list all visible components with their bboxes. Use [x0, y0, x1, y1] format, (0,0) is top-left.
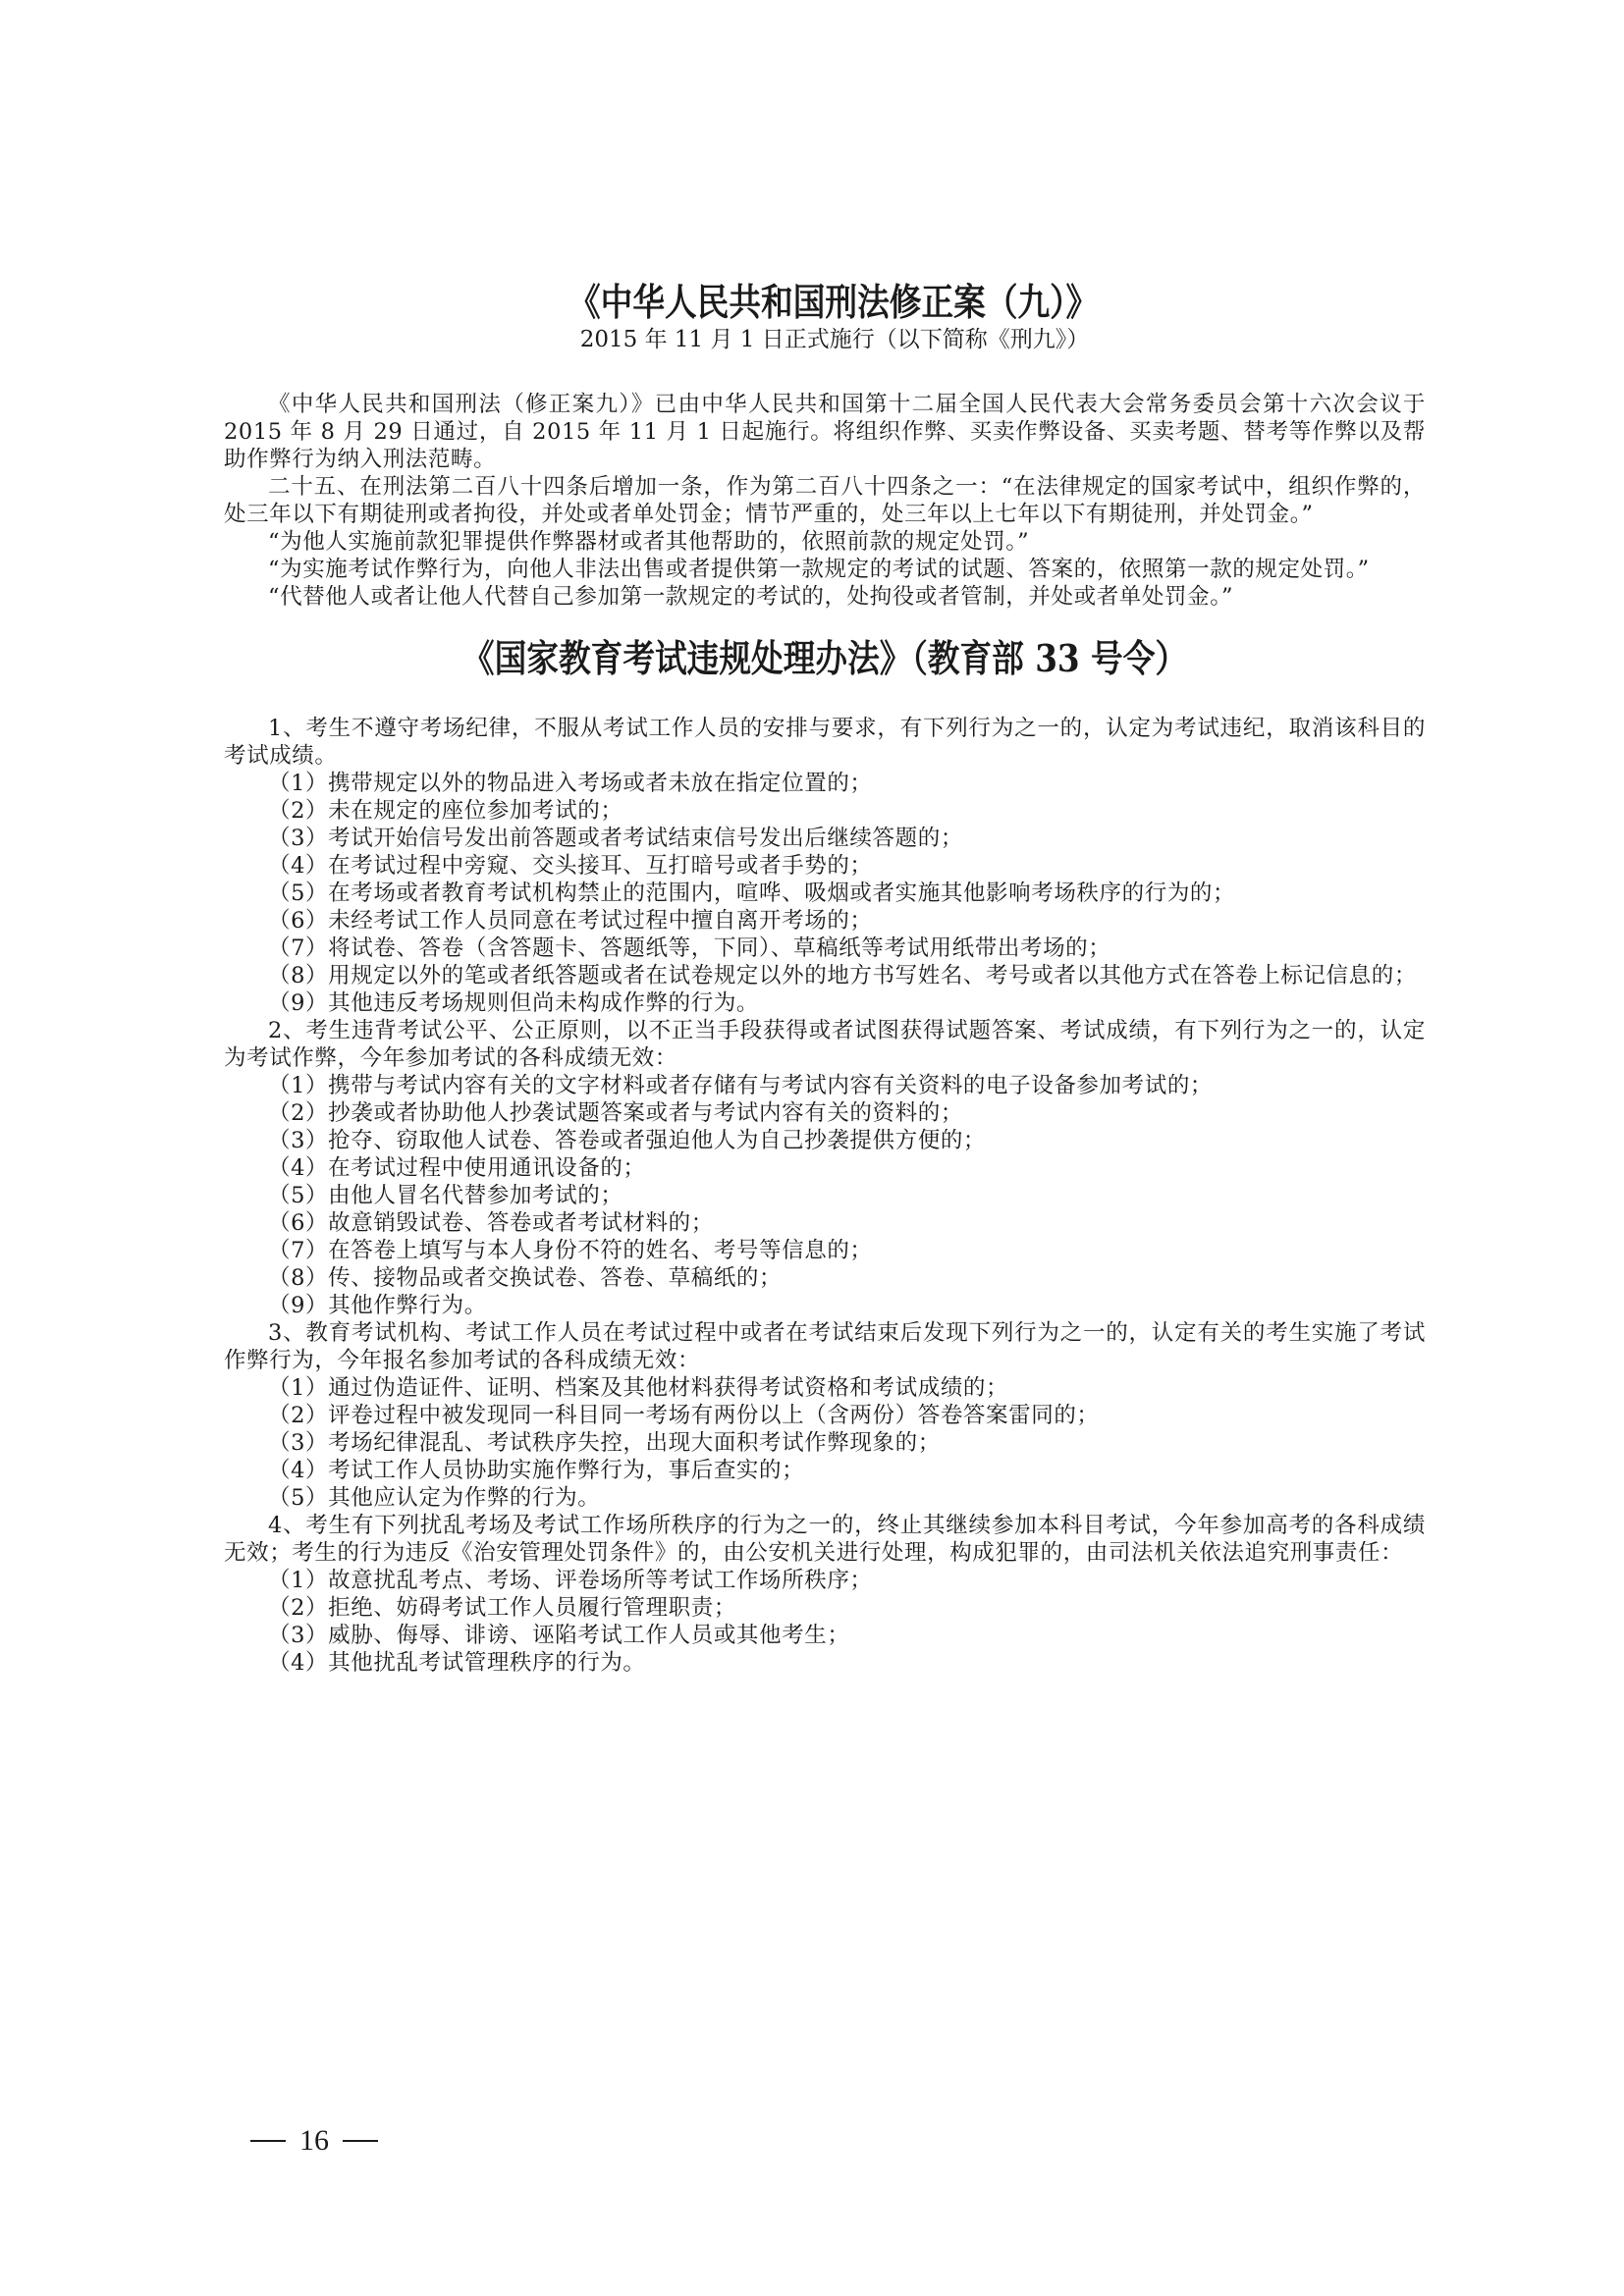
article-intro: 3、教育考试机构、考试工作人员在考试过程中或者在考试结束后发现下列行为之一的，认…	[224, 1319, 1426, 1374]
list-item: （3）考场纪律混乱、考试秩序失控，出现大面积考试作弊现象的；	[224, 1429, 1426, 1457]
list-item: （8）传、接物品或者交换试卷、答卷、草稿纸的；	[224, 1264, 1426, 1292]
paragraph: “代替他人或者让他人代替自己参加第一款规定的考试的，处拘役或者管制，并处或者单处…	[224, 583, 1426, 611]
article-intro: 4、考生有下列扰乱考场及考试工作场所秩序的行为之一的，终止其继续参加本科目考试，…	[224, 1512, 1426, 1567]
list-item: （2）评卷过程中被发现同一科目同一考场有两份以上（含两份）答卷答案雷同的；	[224, 1402, 1426, 1429]
list-item: （1）通过伪造证件、证明、档案及其他材料获得考试资格和考试成绩的；	[224, 1374, 1426, 1402]
list-item: （5）其他应认定为作弊的行为。	[224, 1484, 1426, 1512]
list-item: （7）在答卷上填写与本人身份不符的姓名、考号等信息的；	[224, 1237, 1426, 1264]
criminal-law-amendment-section: 《中华人民共和国刑法修正案（九）》 2015 年 11 月 1 日正式施行（以下…	[224, 280, 1426, 611]
article-intro: 2、考生违背考试公平、公正原则，以不正当手段获得或者试图获得试题答案、考试成绩，…	[224, 1017, 1426, 1072]
list-item: （1）故意扰乱考点、考场、评卷场所等考试工作场所秩序；	[224, 1567, 1426, 1594]
list-item: （4）其他扰乱考试管理秩序的行为。	[224, 1649, 1426, 1677]
list-item: （4）考试工作人员协助实施作弊行为，事后查实的；	[224, 1457, 1426, 1484]
paragraph: “为实施考试作弊行为，向他人非法出售或者提供第一款规定的考试的试题、答案的，依照…	[224, 556, 1426, 583]
list-item: （7）将试卷、答卷（含答题卡、答题纸等，下同）、草稿纸等考试用纸带出考场的；	[224, 934, 1426, 962]
article-1: 1、考生不遵守考场纪律，不服从考试工作人员的安排与要求，有下列行为之一的，认定为…	[224, 715, 1426, 1017]
section-title: 《国家教育考试违规处理办法》（教育部 33 号令）	[308, 636, 1342, 681]
list-item: （4）在考试过程中使用通讯设备的；	[224, 1154, 1426, 1182]
list-item: （5）由他人冒名代替参加考试的；	[224, 1182, 1426, 1209]
list-item: （6）故意销毁试卷、答卷或者考试材料的；	[224, 1209, 1426, 1237]
section-subtitle: 2015 年 11 月 1 日正式施行（以下简称《刑九》）	[224, 325, 1426, 354]
list-item: （2）抄袭或者协助他人抄袭试题答案或者与考试内容有关的资料的；	[224, 1099, 1426, 1127]
article-4: 4、考生有下列扰乱考场及考试工作场所秩序的行为之一的，终止其继续参加本科目考试，…	[224, 1512, 1426, 1677]
document-page: 《中华人民共和国刑法修正案（九）》 2015 年 11 月 1 日正式施行（以下…	[224, 280, 1426, 1677]
list-item: （2）未在规定的座位参加考试的；	[224, 797, 1426, 825]
list-item: （9）其他作弊行为。	[224, 1292, 1426, 1319]
list-item: （9）其他违反考场规则但尚未构成作弊的行为。	[224, 989, 1426, 1017]
list-item: （8）用规定以外的笔或者纸答题或者在试卷规定以外的地方书写姓名、考号或者以其他方…	[224, 962, 1426, 989]
article-2: 2、考生违背考试公平、公正原则，以不正当手段获得或者试图获得试题答案、考试成绩，…	[224, 1017, 1426, 1319]
exam-violation-rules-section: 《国家教育考试违规处理办法》（教育部 33 号令） 1、考生不遵守考场纪律，不服…	[224, 636, 1426, 1677]
page-number: 16	[250, 2123, 378, 2159]
paragraph: 《中华人民共和国刑法（修正案九）》已由中华人民共和国第十二届全国人民代表大会常务…	[224, 391, 1426, 473]
section-title: 《中华人民共和国刑法修正案（九）》	[308, 280, 1342, 325]
paragraph: 二十五、在刑法第二百八十四条后增加一条，作为第二百八十四条之一：“在法律规定的国…	[224, 473, 1426, 528]
list-item: （6）未经考试工作人员同意在考试过程中擅自离开考场的；	[224, 907, 1426, 934]
list-item: （1）携带规定以外的物品进入考场或者未放在指定位置的；	[224, 770, 1426, 797]
article-3: 3、教育考试机构、考试工作人员在考试过程中或者在考试结束后发现下列行为之一的，认…	[224, 1319, 1426, 1512]
dash-right-decoration	[343, 2140, 378, 2142]
list-item: （3）抢夺、窃取他人试卷、答卷或者强迫他人为自己抄袭提供方便的；	[224, 1127, 1426, 1154]
list-item: （5）在考场或者教育考试机构禁止的范围内，喧哗、吸烟或者实施其他影响考场秩序的行…	[224, 880, 1426, 907]
list-item: （2）拒绝、妨碍考试工作人员履行管理职责；	[224, 1594, 1426, 1622]
article-intro: 1、考生不遵守考场纪律，不服从考试工作人员的安排与要求，有下列行为之一的，认定为…	[224, 715, 1426, 770]
dash-left-decoration	[250, 2140, 286, 2142]
page-number-text: 16	[299, 2123, 329, 2159]
list-item: （3）考试开始信号发出前答题或者考试结束信号发出后继续答题的；	[224, 825, 1426, 852]
list-item: （1）携带与考试内容有关的文字材料或者存储有与考试内容有关资料的电子设备参加考试…	[224, 1072, 1426, 1099]
paragraph: “为他人实施前款犯罪提供作弊器材或者其他帮助的，依照前款的规定处罚。”	[224, 528, 1426, 556]
list-item: （4）在考试过程中旁窥、交头接耳、互打暗号或者手势的；	[224, 852, 1426, 880]
list-item: （3）威胁、侮辱、诽谤、诬陷考试工作人员或其他考生；	[224, 1622, 1426, 1649]
